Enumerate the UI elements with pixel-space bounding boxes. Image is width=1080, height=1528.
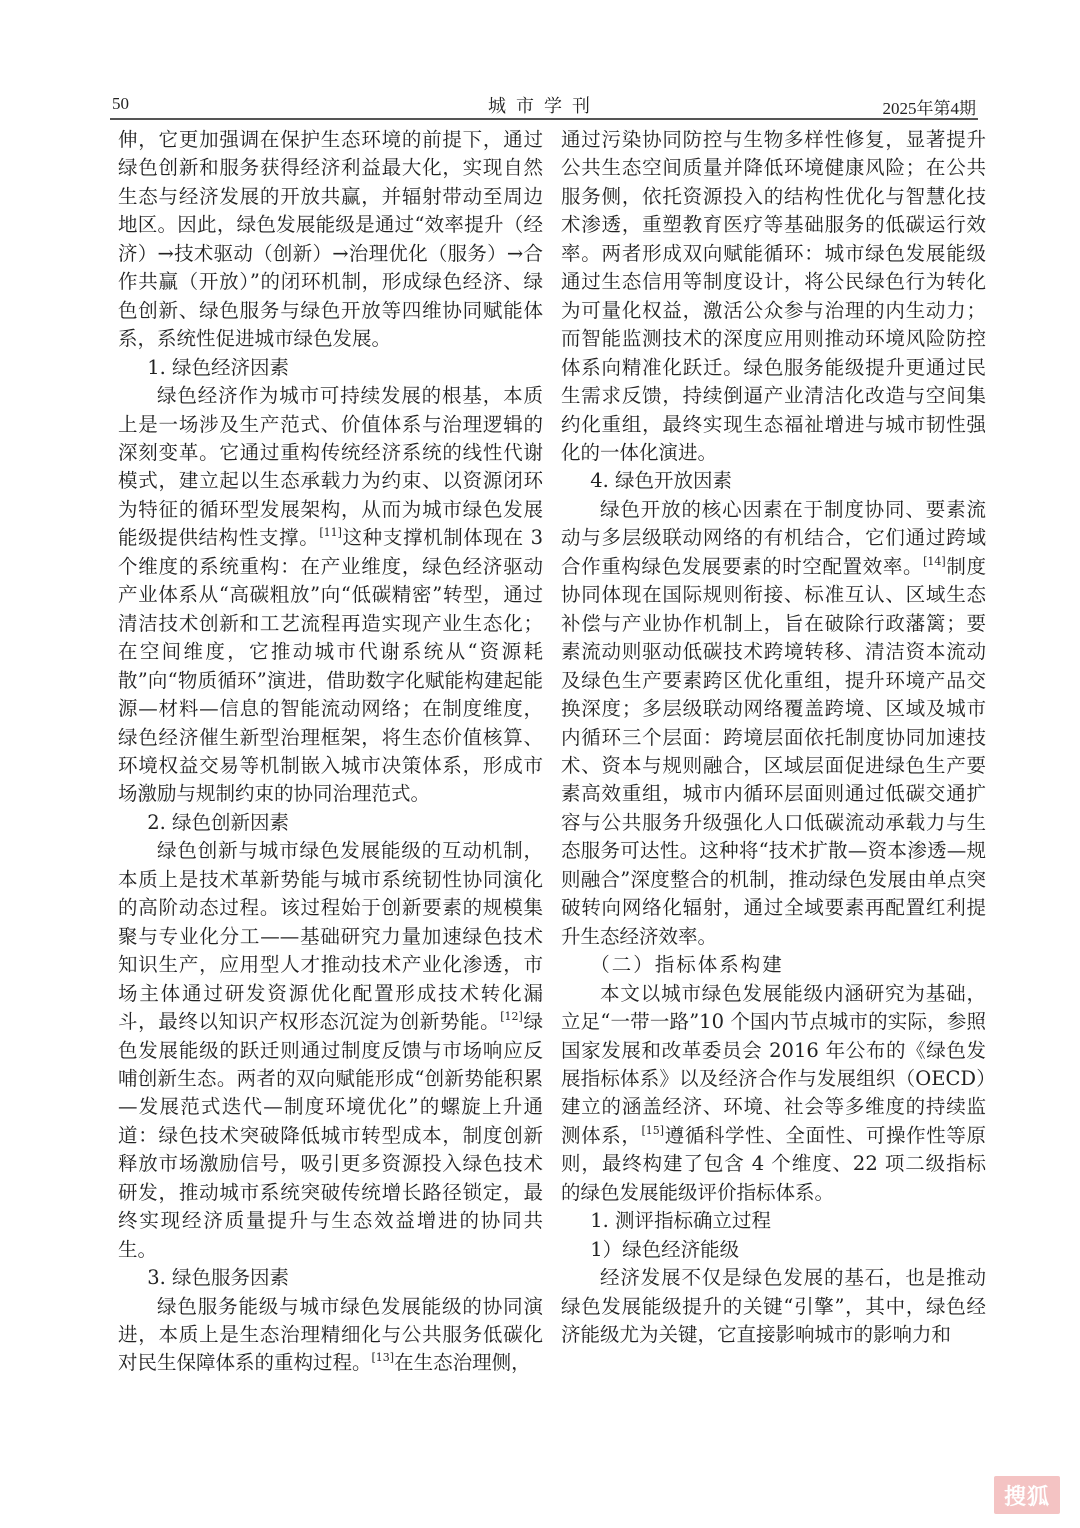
- paragraph: 通过污染协同防控与生物多样性修复，显著提升公共生态空间质量并降低环境健康风险；在…: [561, 126, 986, 467]
- journal-title: 城市学刊: [110, 92, 978, 118]
- subsection-heading-green-opening: 4. 绿色开放因素: [561, 467, 986, 495]
- paragraph: 本文以城市绿色发展能级内涵研究为基础，立足“一带一路”10 个国内节点城市的实际…: [561, 980, 986, 1208]
- subsection-heading-evaluation-process: 1. 测评指标确立过程: [561, 1207, 986, 1235]
- left-column: 伸，它更加强调在保护生态环境的前提下，通过绿色创新和服务获得经济利益最大化，实现…: [118, 126, 543, 1378]
- paragraph-text: 制度协同体现在国际规则衔接、标准互认、区域生态补偿与产业协作机制上，旨在破除行政…: [561, 555, 986, 948]
- watermark-seal-icon: 搜狐: [994, 1476, 1060, 1514]
- paragraph-text: 绿色创新与城市绿色发展能级的互动机制，本质上是技术革新势能与城市系统韧性协同演化…: [118, 839, 543, 1033]
- paragraph-text: 这种支撑机制体现在 3 个维度的系统重构：在产业维度，绿色经济驱动产业体系从“高…: [118, 526, 543, 805]
- paragraph-text: 绿色经济作为城市可持续发展的根基，本质上是一场涉及生产范式、价值体系与治理逻辑的…: [118, 384, 543, 549]
- subsection-heading-green-innovation: 2. 绿色创新因素: [118, 809, 543, 837]
- paragraph: 绿色开放的核心因素在于制度协同、要素流动与多层级联动网络的有机结合，它们通过跨域…: [561, 496, 986, 951]
- subsubsection-heading-green-economy-level: 1）绿色经济能级: [561, 1236, 986, 1264]
- paragraph-text: 绿色发展能级的跃迁则通过制度反馈与市场响应反哺创新生态。两者的双向赋能形成“创新…: [118, 1010, 543, 1261]
- paragraph: 伸，它更加强调在保护生态环境的前提下，通过绿色创新和服务获得经济利益最大化，实现…: [118, 126, 543, 354]
- citation-11[interactable]: [11]: [319, 526, 342, 539]
- citation-14[interactable]: [14]: [923, 555, 946, 568]
- citation-12[interactable]: [12]: [500, 1010, 523, 1023]
- issue-label: 2025年第4期: [883, 94, 977, 119]
- subsection-heading-green-economy: 1. 绿色经济因素: [118, 354, 543, 382]
- citation-13[interactable]: [13]: [372, 1351, 395, 1364]
- paragraph: 经济发展不仅是绿色发展的基石，也是推动绿色发展能级提升的关键“引擎”，其中，绿色…: [561, 1264, 986, 1349]
- running-header: 50 城市学刊 2025年第4期: [110, 92, 978, 120]
- section-heading-indicator-system: （二）指标体系构建: [561, 951, 986, 979]
- right-column: 通过污染协同防控与生物多样性修复，显著提升公共生态空间质量并降低环境健康风险；在…: [561, 126, 986, 1349]
- paragraph-text: 在生态治理侧，: [394, 1351, 531, 1374]
- citation-15[interactable]: [15]: [641, 1124, 664, 1137]
- subsection-heading-green-service: 3. 绿色服务因素: [118, 1264, 543, 1292]
- paragraph: 绿色经济作为城市可持续发展的根基，本质上是一场涉及生产范式、价值体系与治理逻辑的…: [118, 382, 543, 809]
- paragraph: 绿色创新与城市绿色发展能级的互动机制，本质上是技术革新势能与城市系统韧性协同演化…: [118, 837, 543, 1264]
- paragraph: 绿色服务能级与城市绿色发展能级的协同演进，本质上是生态治理精细化与公共服务低碳化…: [118, 1293, 543, 1378]
- paragraph-text: 本文以城市绿色发展能级内涵研究为基础，立足“一带一路”10 个国内节点城市的实际…: [561, 982, 986, 1147]
